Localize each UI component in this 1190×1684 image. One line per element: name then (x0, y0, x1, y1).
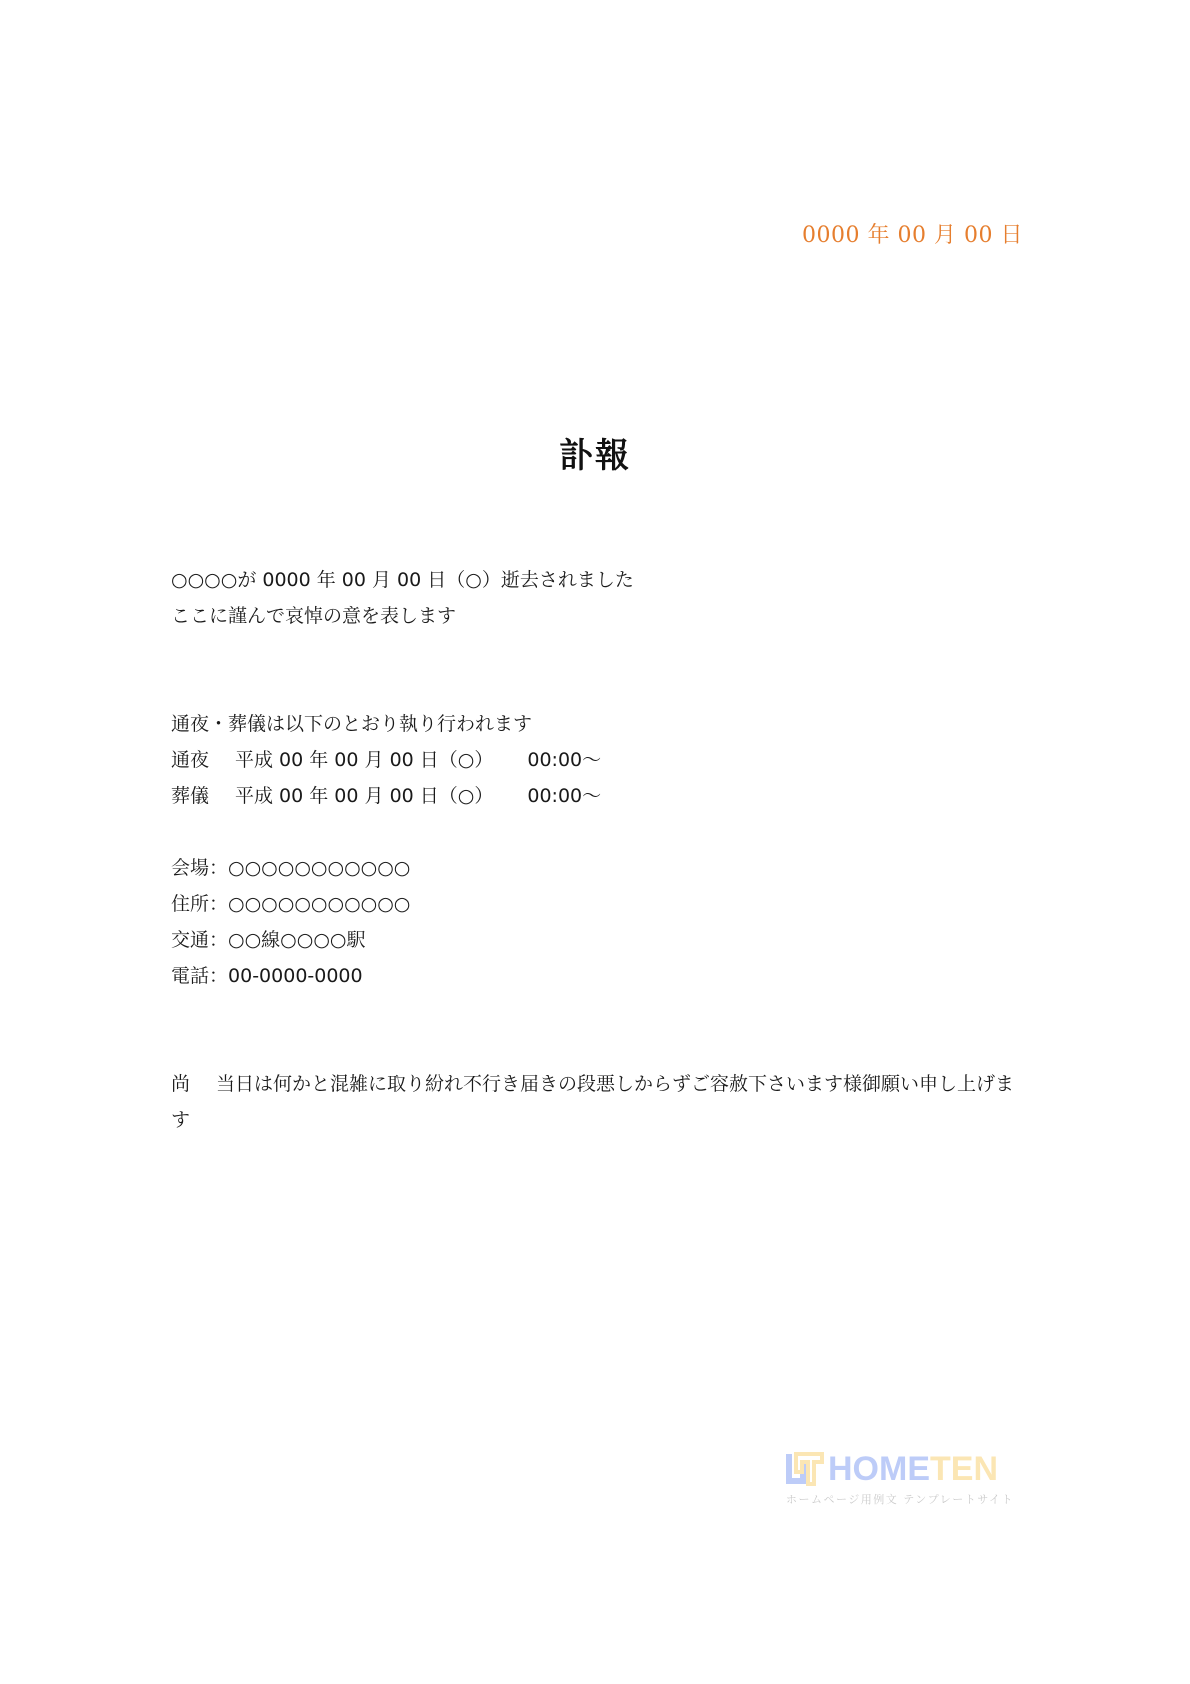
note-section: 尚当日は何かと混雑に取り紛れ不行き届きの段悪しからずご容赦下さいます様御願い申し… (171, 1066, 1031, 1138)
venue-value: ○○線○○○○駅 (228, 929, 365, 951)
venue-label: 交通： (171, 929, 228, 951)
venue-row-hall: 会場：○○○○○○○○○○○ (171, 850, 1031, 886)
venue-value: ○○○○○○○○○○○ (228, 893, 410, 915)
hometen-tagline: ホームページ用例文 テンプレートサイト (786, 1491, 1014, 1507)
schedule-row-funeral: 葬儀平成 00 年 00 月 00 日（○）00:00〜 (171, 778, 1031, 814)
schedule-label: 通夜 (171, 749, 209, 771)
venue-label: 会場： (171, 857, 228, 879)
schedule-time: 00:00〜 (527, 785, 601, 807)
intro-line-condolence: ここに謹んで哀悼の意を表します (171, 598, 1031, 634)
venue-row-phone: 電話：00-0000-0000 (171, 958, 1031, 994)
venue-row-access: 交通：○○線○○○○駅 (171, 922, 1031, 958)
schedule-date: 平成 00 年 00 月 00 日（○） (235, 785, 493, 807)
document-date: 0000 年 00 月 00 日 (802, 218, 1023, 249)
schedule-date: 平成 00 年 00 月 00 日（○） (235, 749, 493, 771)
note-prefix: 尚 (171, 1073, 190, 1095)
schedule-section: 通夜・葬儀は以下のとおり執り行われます 通夜平成 00 年 00 月 00 日（… (171, 706, 1031, 814)
note-text: 尚当日は何かと混雑に取り紛れ不行き届きの段悪しからずご容赦下さいます様御願い申し… (171, 1066, 1031, 1138)
hometen-logo-mark-icon (784, 1452, 824, 1486)
schedule-heading: 通夜・葬儀は以下のとおり執り行われます (171, 706, 1031, 742)
intro-line-death-notice: ○○○○が 0000 年 00 月 00 日（○）逝去されました (171, 562, 1031, 598)
schedule-time: 00:00〜 (527, 749, 601, 771)
venue-section: 会場：○○○○○○○○○○○ 住所：○○○○○○○○○○○ 交通：○○線○○○○… (171, 850, 1031, 994)
hometen-wordmark: HOMETEN (828, 1450, 998, 1489)
venue-value: ○○○○○○○○○○○ (228, 857, 410, 879)
note-body: 当日は何かと混雑に取り紛れ不行き届きの段悪しからずご容赦下さいます様御願い申し上… (171, 1073, 1014, 1131)
venue-label: 電話： (171, 965, 228, 987)
document-title: 訃報 (0, 428, 1190, 477)
schedule-label: 葬儀 (171, 785, 209, 807)
schedule-row-wake: 通夜平成 00 年 00 月 00 日（○）00:00〜 (171, 742, 1031, 778)
hometen-watermark-logo: HOMETEN ホームページ用例文 テンプレートサイト (784, 1452, 1014, 1512)
venue-row-address: 住所：○○○○○○○○○○○ (171, 886, 1031, 922)
intro-section: ○○○○が 0000 年 00 月 00 日（○）逝去されました ここに謹んで哀… (171, 562, 1031, 634)
venue-label: 住所： (171, 893, 228, 915)
venue-value: 00-0000-0000 (228, 965, 363, 987)
